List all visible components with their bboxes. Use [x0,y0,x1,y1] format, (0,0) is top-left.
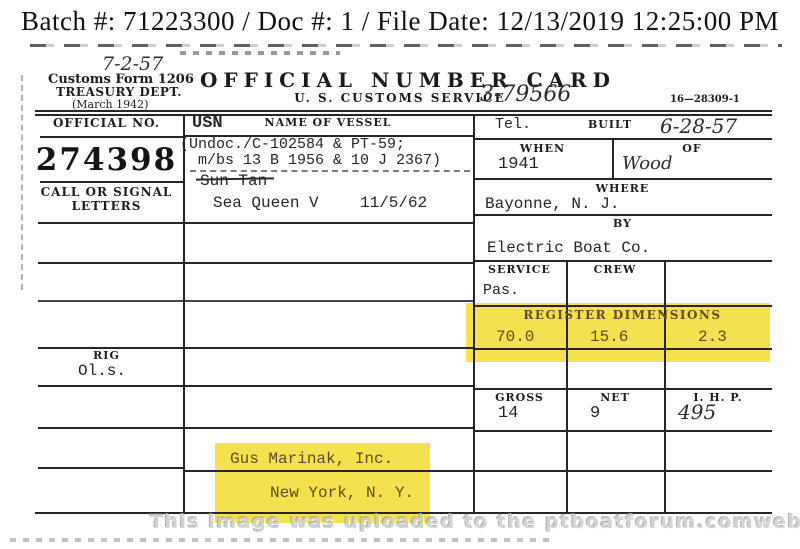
grid-line [38,262,473,264]
register-depth: 2.3 [698,328,727,346]
vessel-doc-line2: m/bs 13 B 1956 & 10 J 2367) [198,152,441,169]
built-label: BUILT [550,118,670,131]
watermark-text: This image was uploaded to the ptboatfor… [150,511,800,533]
by-value: Electric Boat Co. [487,239,650,257]
grid-line [38,222,473,224]
grid-line [38,385,473,387]
scanned-document-page: Batch #: 71223300 / Doc #: 1 / File Date… [0,0,800,549]
vessel-annotation: USN [192,114,223,133]
service-value: Pas. [483,282,519,299]
grid-line [473,470,772,472]
gross-value: 14 [498,404,518,423]
net-value: 9 [590,404,600,423]
vessel-doc-line1: (Undoc./C-102584 & PT-59; [180,136,405,153]
grid-line [473,214,772,216]
register-breadth: 15.6 [590,328,628,346]
official-no-label: OFFICIAL NO. [30,116,183,130]
grid-line [38,300,473,302]
grid-line [473,388,772,390]
by-label: BY [473,217,772,230]
double-rule-top [35,110,772,112]
built-date: 6-28-57 [660,114,737,138]
service-label: SERVICE [473,263,566,276]
call-letters-label-1: CALL OR SIGNAL [30,185,183,199]
owner-city: New York, N. Y. [270,484,414,502]
scan-artifact-specks-bottom [10,538,550,542]
vessel-rename-date: 11/5/62 [360,194,427,212]
grid-line [473,430,772,432]
grid-line [183,470,473,472]
tel-note: Tel. [495,116,531,133]
vessel-former-name: Sun Tan [200,172,267,190]
official-number-card: 7-2-57 Customs Form 1206 TREASURY DEPT. … [30,52,775,515]
print-code: 16—28309-1 [670,94,740,105]
where-value: Bayonne, N. J. [485,195,619,213]
official-no-value: 274398 [30,142,183,178]
grid-line [473,348,772,350]
batch-header: Batch #: 71223300 / Doc #: 1 / File Date… [0,6,800,37]
vessel-current-name: Sea Queen V [213,194,319,212]
grid-line [473,178,772,180]
grid-line [183,114,185,512]
grid-line [473,260,772,262]
rig-value: Ol.s. [78,362,126,380]
gross-label: GROSS [473,391,566,404]
scan-artifact-line [30,44,782,47]
net-label: NET [566,391,664,404]
grid-line [38,427,473,429]
call-letters-label-2: LETTERS [30,199,183,213]
grid-line [473,138,772,140]
grid-line [566,260,568,512]
rig-label: RIG [30,349,183,362]
owner-name: Gus Marinak, Inc. [230,450,393,468]
crew-label: CREW [566,263,664,276]
when-label: WHEN [473,142,612,155]
where-label: WHERE [473,182,772,195]
handwritten-file-number: 3-79566 [480,82,571,107]
form-department: TREASURY DEPT. [56,85,182,99]
vessel-name-label: NAME OF VESSEL [183,116,473,129]
grid-line [664,260,666,512]
grid-line [40,136,183,138]
register-length: 70.0 [496,328,534,346]
scan-binding-edge [21,75,23,290]
grid-line [38,467,183,469]
when-value: 1941 [498,155,539,174]
of-value: Wood [622,153,672,174]
grid-line [40,181,183,183]
ihp-value: 495 [678,400,716,424]
grid-line [473,305,772,307]
register-dimensions-label: REGISTER DIMENSIONS [473,308,772,322]
